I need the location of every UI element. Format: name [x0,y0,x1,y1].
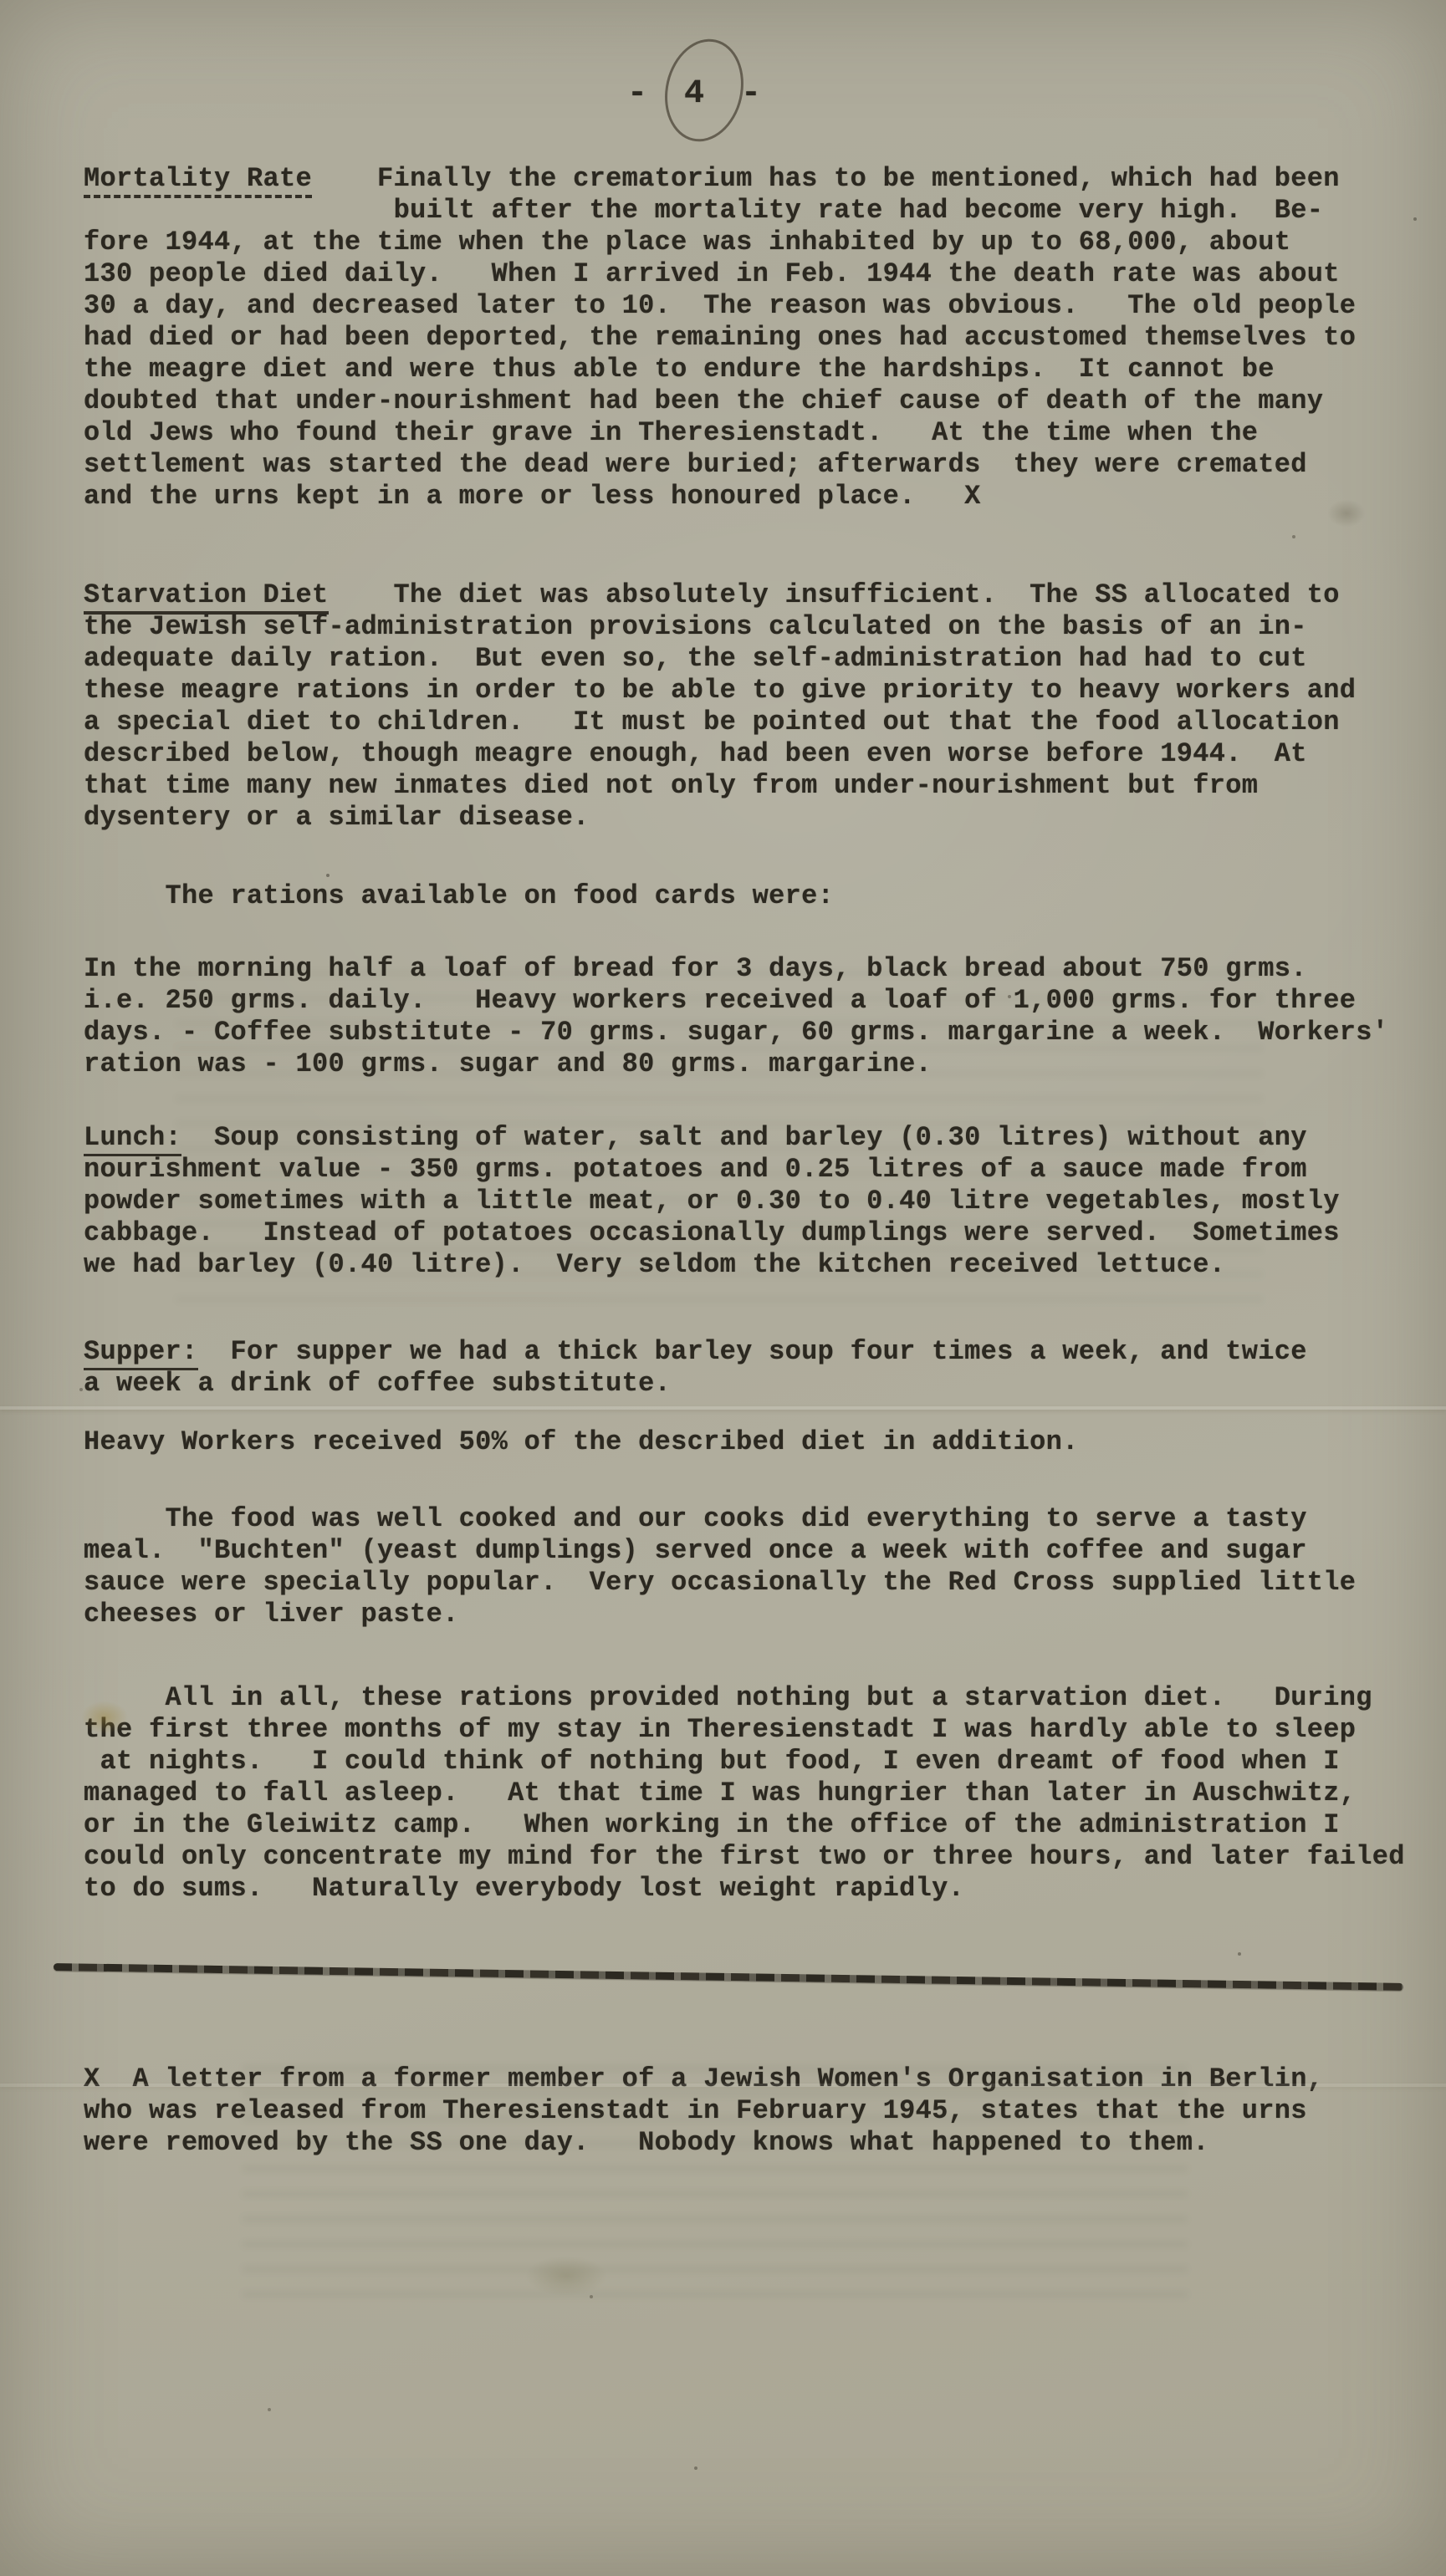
heading-mortality-rate: Mortality Rate [84,163,312,198]
footnote-text: X A letter from a former member of a Jew… [84,2063,1323,2158]
heading-lunch: Lunch: [84,1122,181,1156]
paragraph-starvation-summary: All in all, these rations provided nothi… [84,1682,1433,1905]
heading-supper: Supper: [84,1336,198,1370]
paragraph-text-food-quality: The food was well cooked and our cooks d… [84,1503,1356,1630]
paragraph-heavy-workers: Heavy Workers received 50% of the descri… [84,1426,1433,1458]
paragraph-rations-intro: The rations available on food cards were… [84,880,1433,912]
paragraph-text-starvation-diet: The diet was absolutely insufficient. Th… [84,579,1356,833]
paper-specks [326,874,330,877]
paragraph-supper: Supper: For supper we had a thick barley… [84,1336,1433,1400]
page-number-text: - 4 - [611,75,786,113]
paper-crease [0,2084,1446,2087]
paragraph-text-starvation-summary: All in all, these rations provided nothi… [84,1682,1405,1904]
paper-crease [0,1406,1446,1410]
paragraph-text-morning-rations: In the morning half a loaf of bread for … [84,953,1388,1079]
paragraph-mortality-rate: Mortality Rate Finally the crematorium h… [84,163,1433,513]
paragraph-starvation-diet: Starvation Diet The diet was absolutely … [84,579,1433,834]
paragraph-footnote: X A letter from a former member of a Jew… [84,2063,1433,2159]
paragraph-morning-rations: In the morning half a loaf of bread for … [84,953,1433,1080]
paragraph-text-supper: For supper we had a thick barley soup fo… [84,1336,1307,1399]
heading-starvation-diet: Starvation Diet [84,579,329,615]
paragraph-text-mortality-rate: Finally the crematorium has to be mentio… [84,163,1356,512]
paragraph-text-lunch: Soup consisting of water, salt and barle… [84,1122,1340,1280]
paper-stain [512,2249,621,2303]
paragraph-text-rations-intro: The rations available on food cards were… [84,880,834,911]
paragraph-lunch: Lunch: Soup consisting of water, salt an… [84,1122,1433,1281]
paragraph-text-heavy-workers: Heavy Workers received 50% of the descri… [84,1426,1079,1457]
page-number: - 4 - [611,38,786,156]
typed-divider-line [54,1963,1403,1991]
document-page: - 4 - Mortality Rate Finally the cremato… [0,0,1446,2576]
paragraph-food-quality: The food was well cooked and our cooks d… [84,1503,1433,1630]
